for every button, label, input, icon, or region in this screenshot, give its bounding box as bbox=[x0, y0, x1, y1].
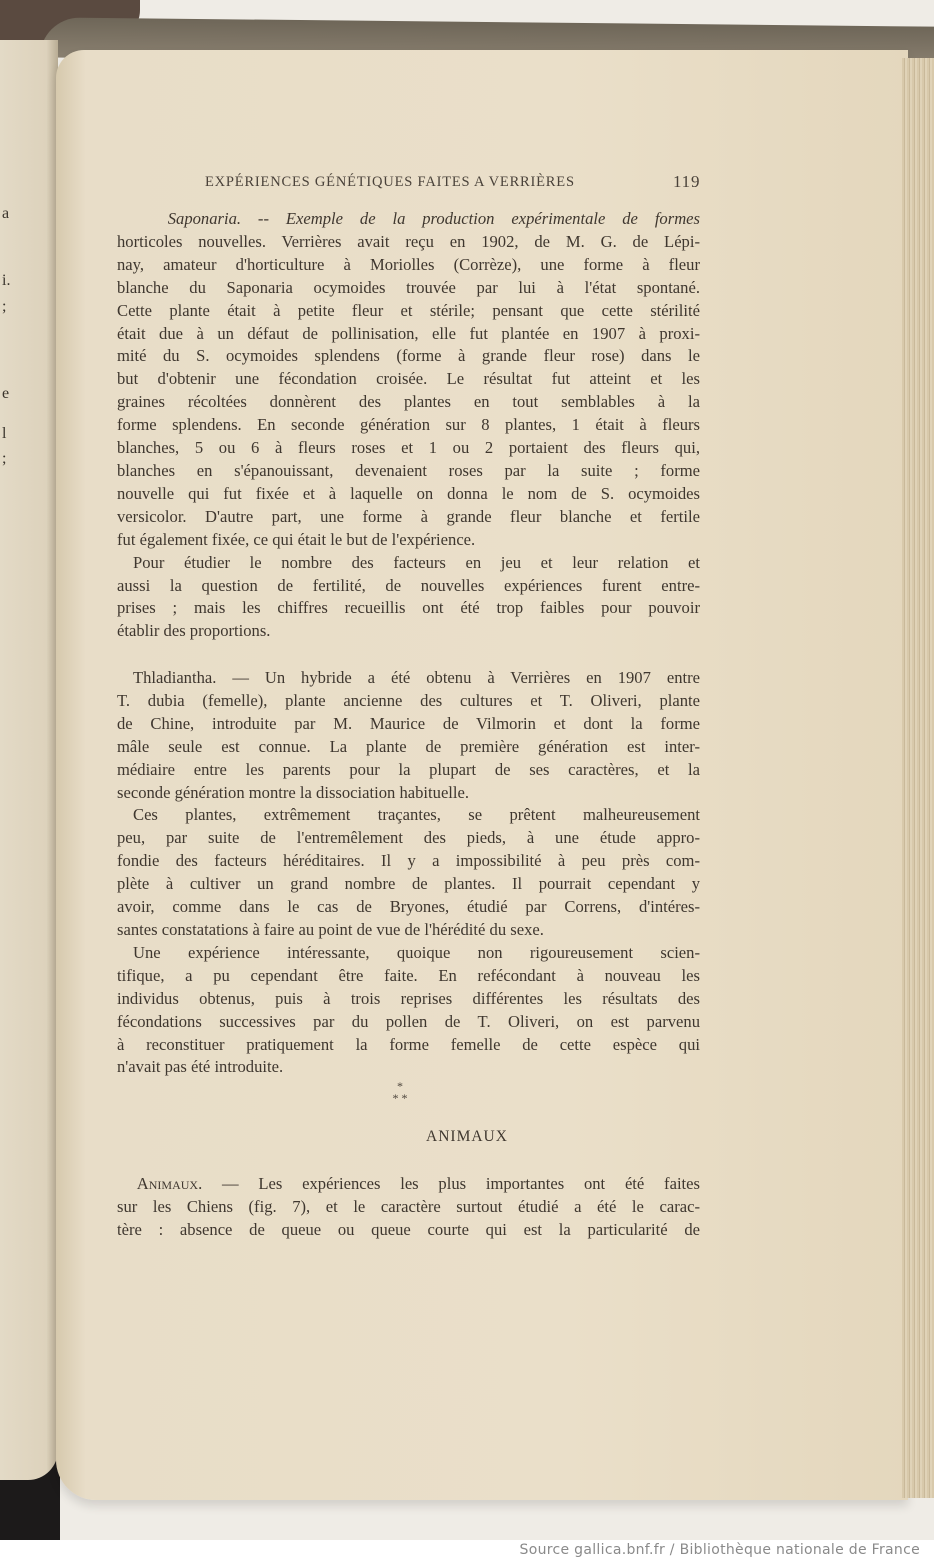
section-title: ANIMAUX bbox=[0, 1128, 934, 1146]
text-line: Thladiantha. — Un hybride a été obtenu à… bbox=[117, 667, 700, 690]
text-line: de Chine, introduite par M. Maurice de V… bbox=[117, 713, 700, 736]
text-line: seconde génération montre la dissociatio… bbox=[117, 782, 700, 805]
text-line: forme splendens. En seconde génération s… bbox=[117, 414, 700, 437]
sliver-char: a bbox=[2, 205, 9, 223]
text-line: Animaux. — Les expériences les plus impo… bbox=[117, 1173, 700, 1196]
text-line: peu, par suite de l'entremêlement des pi… bbox=[117, 827, 700, 850]
sliver-char: ; bbox=[2, 450, 6, 468]
text-line: blanche du Saponaria ocymoides trouvée p… bbox=[117, 277, 700, 300]
text-line: but d'obtenir une fécondation croisée. L… bbox=[117, 368, 700, 391]
section-separator-asterism: * * * bbox=[380, 1080, 420, 1104]
sliver-char: ; bbox=[2, 298, 6, 316]
text-line: fut également fixée, ce qui était le but… bbox=[117, 529, 700, 552]
text-line: santes constatations à faire au point de… bbox=[117, 919, 700, 942]
text-line: avoir, comme dans le cas de Bryones, étu… bbox=[117, 896, 700, 919]
page-stack-edges bbox=[902, 58, 934, 1498]
previous-page-sliver: a i. ; e l ; bbox=[0, 40, 58, 1480]
text-line: plète à cultiver un grand nombre de plan… bbox=[117, 873, 700, 896]
asterism-bottom: * * bbox=[380, 1092, 420, 1104]
text-line: graines récoltées donnèrent des plantes … bbox=[117, 391, 700, 414]
sliver-char: e bbox=[2, 385, 9, 403]
text-line: tère : absence de queue ou queue courte … bbox=[117, 1219, 700, 1242]
text-line: nouvelle qui fut fixée et à laquelle on … bbox=[117, 483, 700, 506]
text-line: fécondations successives par du pollen d… bbox=[117, 1011, 700, 1034]
sliver-char: l bbox=[2, 425, 6, 443]
text-line: prises ; mais les chiffres recueillis on… bbox=[117, 597, 700, 620]
thladiantha-paragraph: Thladiantha. — Un hybride a été obtenu à… bbox=[117, 667, 700, 1079]
text-line-content: — Les expériences les plus importantes o… bbox=[202, 1174, 700, 1193]
text-line: Pour étudier le nombre des facteurs en j… bbox=[117, 552, 700, 575]
text-line: nay, amateur d'horticulture à Moriolles … bbox=[117, 254, 700, 277]
text-line: Cette plante était à petite fleur et sté… bbox=[117, 300, 700, 323]
text-line: aussi la question de fertilité, de nouve… bbox=[117, 575, 700, 598]
text-line: mité du S. ocymoides splendens (forme à … bbox=[117, 345, 700, 368]
text-line: tifique, a pu cependant être faite. En r… bbox=[117, 965, 700, 988]
source-footer: Source gallica.bnf.fr / Bibliothèque nat… bbox=[0, 1540, 934, 1566]
animaux-paragraph: Animaux. — Les expériences les plus impo… bbox=[117, 1173, 700, 1242]
running-title: EXPÉRIENCES GÉNÉTIQUES FAITES A VERRIÈRE… bbox=[205, 174, 575, 191]
text-line: Saponaria. -- Exemple de la production e… bbox=[117, 208, 700, 231]
text-line: sur les Chiens (fig. 7), et le caractère… bbox=[117, 1196, 700, 1219]
text-line: individus obtenus, puis à trois reprises… bbox=[117, 988, 700, 1011]
page-number: 119 bbox=[673, 172, 700, 192]
text-line-content: Saponaria. -- Exemple de la production e… bbox=[168, 209, 700, 228]
text-line: Ces plantes, extrêmement traçantes, se p… bbox=[117, 804, 700, 827]
text-line: blanches en s'épanouissant, devenaient r… bbox=[117, 460, 700, 483]
text-line: T. dubia (femelle), plante ancienne des … bbox=[117, 690, 700, 713]
saponaria-paragraph: Saponaria. -- Exemple de la production e… bbox=[117, 208, 700, 643]
sliver-char: i. bbox=[2, 272, 10, 290]
text-line: versicolor. D'autre part, une forme à gr… bbox=[117, 506, 700, 529]
source-attribution: Source gallica.bnf.fr / Bibliothèque nat… bbox=[520, 1542, 920, 1558]
text-line: à reconstituer pratiquement la forme fem… bbox=[117, 1034, 700, 1057]
text-line: fondie des facteurs héréditaires. Il y a… bbox=[117, 850, 700, 873]
text-line: médiaire entre les parents pour la plupa… bbox=[117, 759, 700, 782]
text-line: Une expérience intéressante, quoique non… bbox=[117, 942, 700, 965]
text-line: n'avait pas été introduite. bbox=[117, 1056, 700, 1079]
text-line: établir des proportions. bbox=[117, 620, 700, 643]
text-line: mâle seule est connue. La plante de prem… bbox=[117, 736, 700, 759]
text-line: était due à un défaut de pollinisation, … bbox=[117, 323, 700, 346]
text-line: blanches, 5 ou 6 à fleurs roses et 1 ou … bbox=[117, 437, 700, 460]
run-in-heading: Animaux. bbox=[137, 1174, 202, 1193]
text-line: horticoles nouvelles. Verrières avait re… bbox=[117, 231, 700, 254]
